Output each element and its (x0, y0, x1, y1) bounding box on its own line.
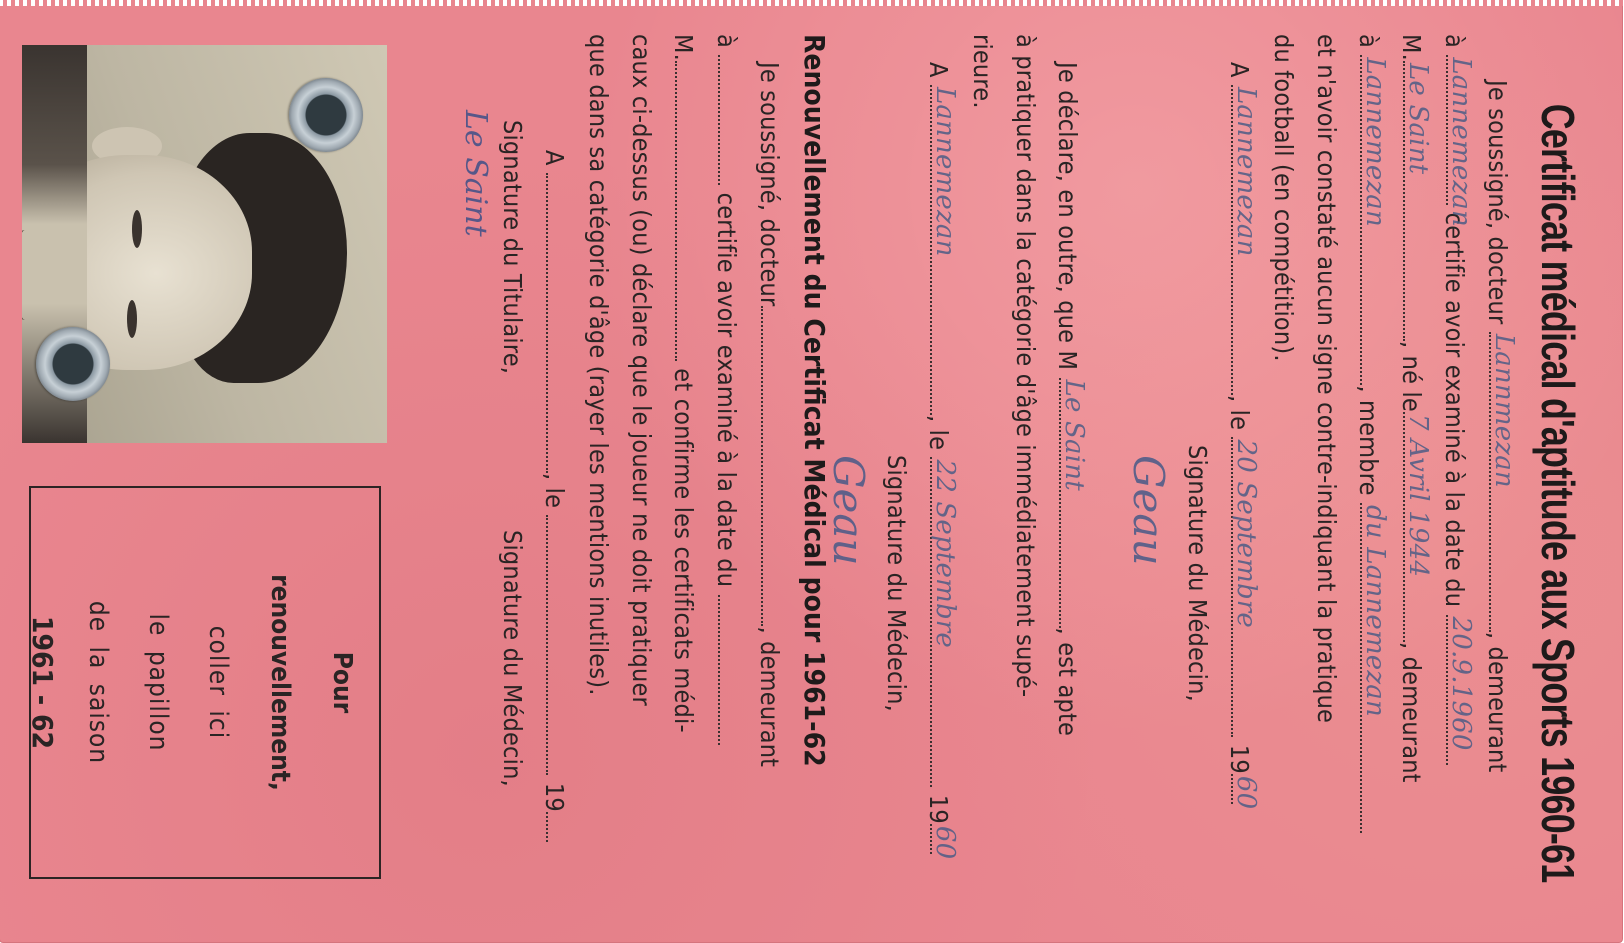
decl-doctor-signature: Geau (824, 455, 873, 566)
renewal-doctor-signature-label: Signature du Médecin, (498, 530, 527, 787)
decl-player-field[interactable]: Le Saint (1059, 378, 1083, 628)
renewal-place-field[interactable] (546, 173, 570, 473)
medical-certificate-card: Certificat médical d'aptitude aux Sports… (0, 0, 1623, 943)
renew-box-line-2: renouvellement, (265, 488, 295, 877)
renewal-line-5: que dans sa catégorie d'âge (rayer les m… (584, 34, 613, 696)
renew-box-line-5: de la saison (83, 488, 113, 877)
cert-line-2: à Lannemezan certifie avoir examiné à la… (1440, 34, 1470, 765)
eyelet-icon (289, 78, 363, 152)
cert-line-6: du football (en compétition). (1269, 34, 1298, 362)
renewal-player-field[interactable] (675, 61, 699, 361)
cert-place-field[interactable]: Lannemezan (1231, 85, 1255, 395)
holder-signature-label: Signature du Titulaire, (498, 120, 527, 374)
cert-doctor-signature: Geau (1124, 455, 1173, 566)
club-field[interactable]: du Lannemezan (1360, 503, 1384, 833)
decl-place-date: A Lannemezan, le 22 Septembre 1960 (924, 62, 954, 854)
renewal-line-1: Je soussigné, docteur, demeurant (755, 62, 785, 767)
cert-signature-label: Signature du Médecin, (1183, 445, 1212, 702)
renew-box-line-1: Pour (327, 488, 357, 877)
decl-date-field[interactable]: 22 Septembre (930, 457, 954, 787)
renew-box-line-6: 1961 - 62 (26, 488, 59, 877)
player-city-field[interactable]: Lannemezan (1360, 55, 1384, 385)
photo-smile (22, 230, 42, 320)
renewal-city-field[interactable] (718, 55, 742, 185)
player-name-field[interactable]: Le Saint (1403, 61, 1427, 341)
cert-year-field[interactable]: 60 (1231, 774, 1255, 804)
cert-line-4: à Lannemezan, membre du Lannemezan (1354, 34, 1384, 833)
cert-date-field[interactable]: 20 Septembre (1231, 437, 1255, 737)
decl-year-field[interactable]: 60 (930, 824, 954, 854)
renewal-place-date: A , le 19 (540, 150, 570, 842)
decl-line-1: Je déclare, en outre, que M Le Saint, es… (1053, 62, 1083, 736)
renewal-line-2: à certifie avoir examiné à la date du (712, 34, 742, 745)
exam-date-field[interactable]: 20.9.1960 (1446, 615, 1470, 765)
decl-signature-label: Signature du Médecin, (882, 455, 911, 712)
decl-line-3: rieure. (968, 34, 997, 109)
cert-line-3: M.Le Saint, né le7 Avril 1944, demeurant (1397, 34, 1427, 783)
decl-line-2: à pratiquer dans la catégorie d'âge immé… (1011, 34, 1040, 697)
photo-eye-right (127, 300, 137, 338)
renew-box-line-3: coller ici (203, 488, 233, 877)
renewal-line-3: M. et confirme les certificats médi- (669, 34, 699, 733)
holder-signature: Le Saint (458, 110, 493, 237)
certificate-title: Certificat médical d'aptitude aux Sports… (1531, 104, 1585, 840)
renewal-doctor-field[interactable] (761, 306, 785, 626)
doctor-name-field[interactable]: Lannmezan (1489, 332, 1513, 632)
renewal-line-4: caux ci-dessus (ou) déclare que le joueu… (627, 34, 656, 706)
renewal-heading: Renouvellement du Certificat Médical pou… (798, 34, 831, 767)
renew-box-line-4: le papillon (143, 488, 173, 877)
cert-line-1: Je soussigné, docteur Lannmezan, demeura… (1483, 80, 1513, 773)
photo-eye-left (132, 210, 142, 248)
renewal-date-field[interactable] (546, 515, 570, 775)
decl-place-field[interactable]: Lannemezan (930, 85, 954, 415)
eyelet-icon (36, 327, 110, 401)
cert-line-5: et n'avoir constaté aucun signe contre-i… (1312, 34, 1341, 723)
doctor-city-field[interactable]: Lannemezan (1446, 55, 1470, 205)
renewal-exam-date-field[interactable] (718, 595, 742, 745)
renewal-year-field[interactable] (546, 812, 570, 842)
cert-place-date: A Lannemezan, le 20 Septembre 1960 (1225, 62, 1255, 804)
renewal-sticker-box: Pour renouvellement, coller ici le papil… (29, 486, 381, 879)
birth-date-field[interactable]: 7 Avril 1944 (1403, 412, 1427, 642)
perforated-edge (0, 0, 1623, 6)
